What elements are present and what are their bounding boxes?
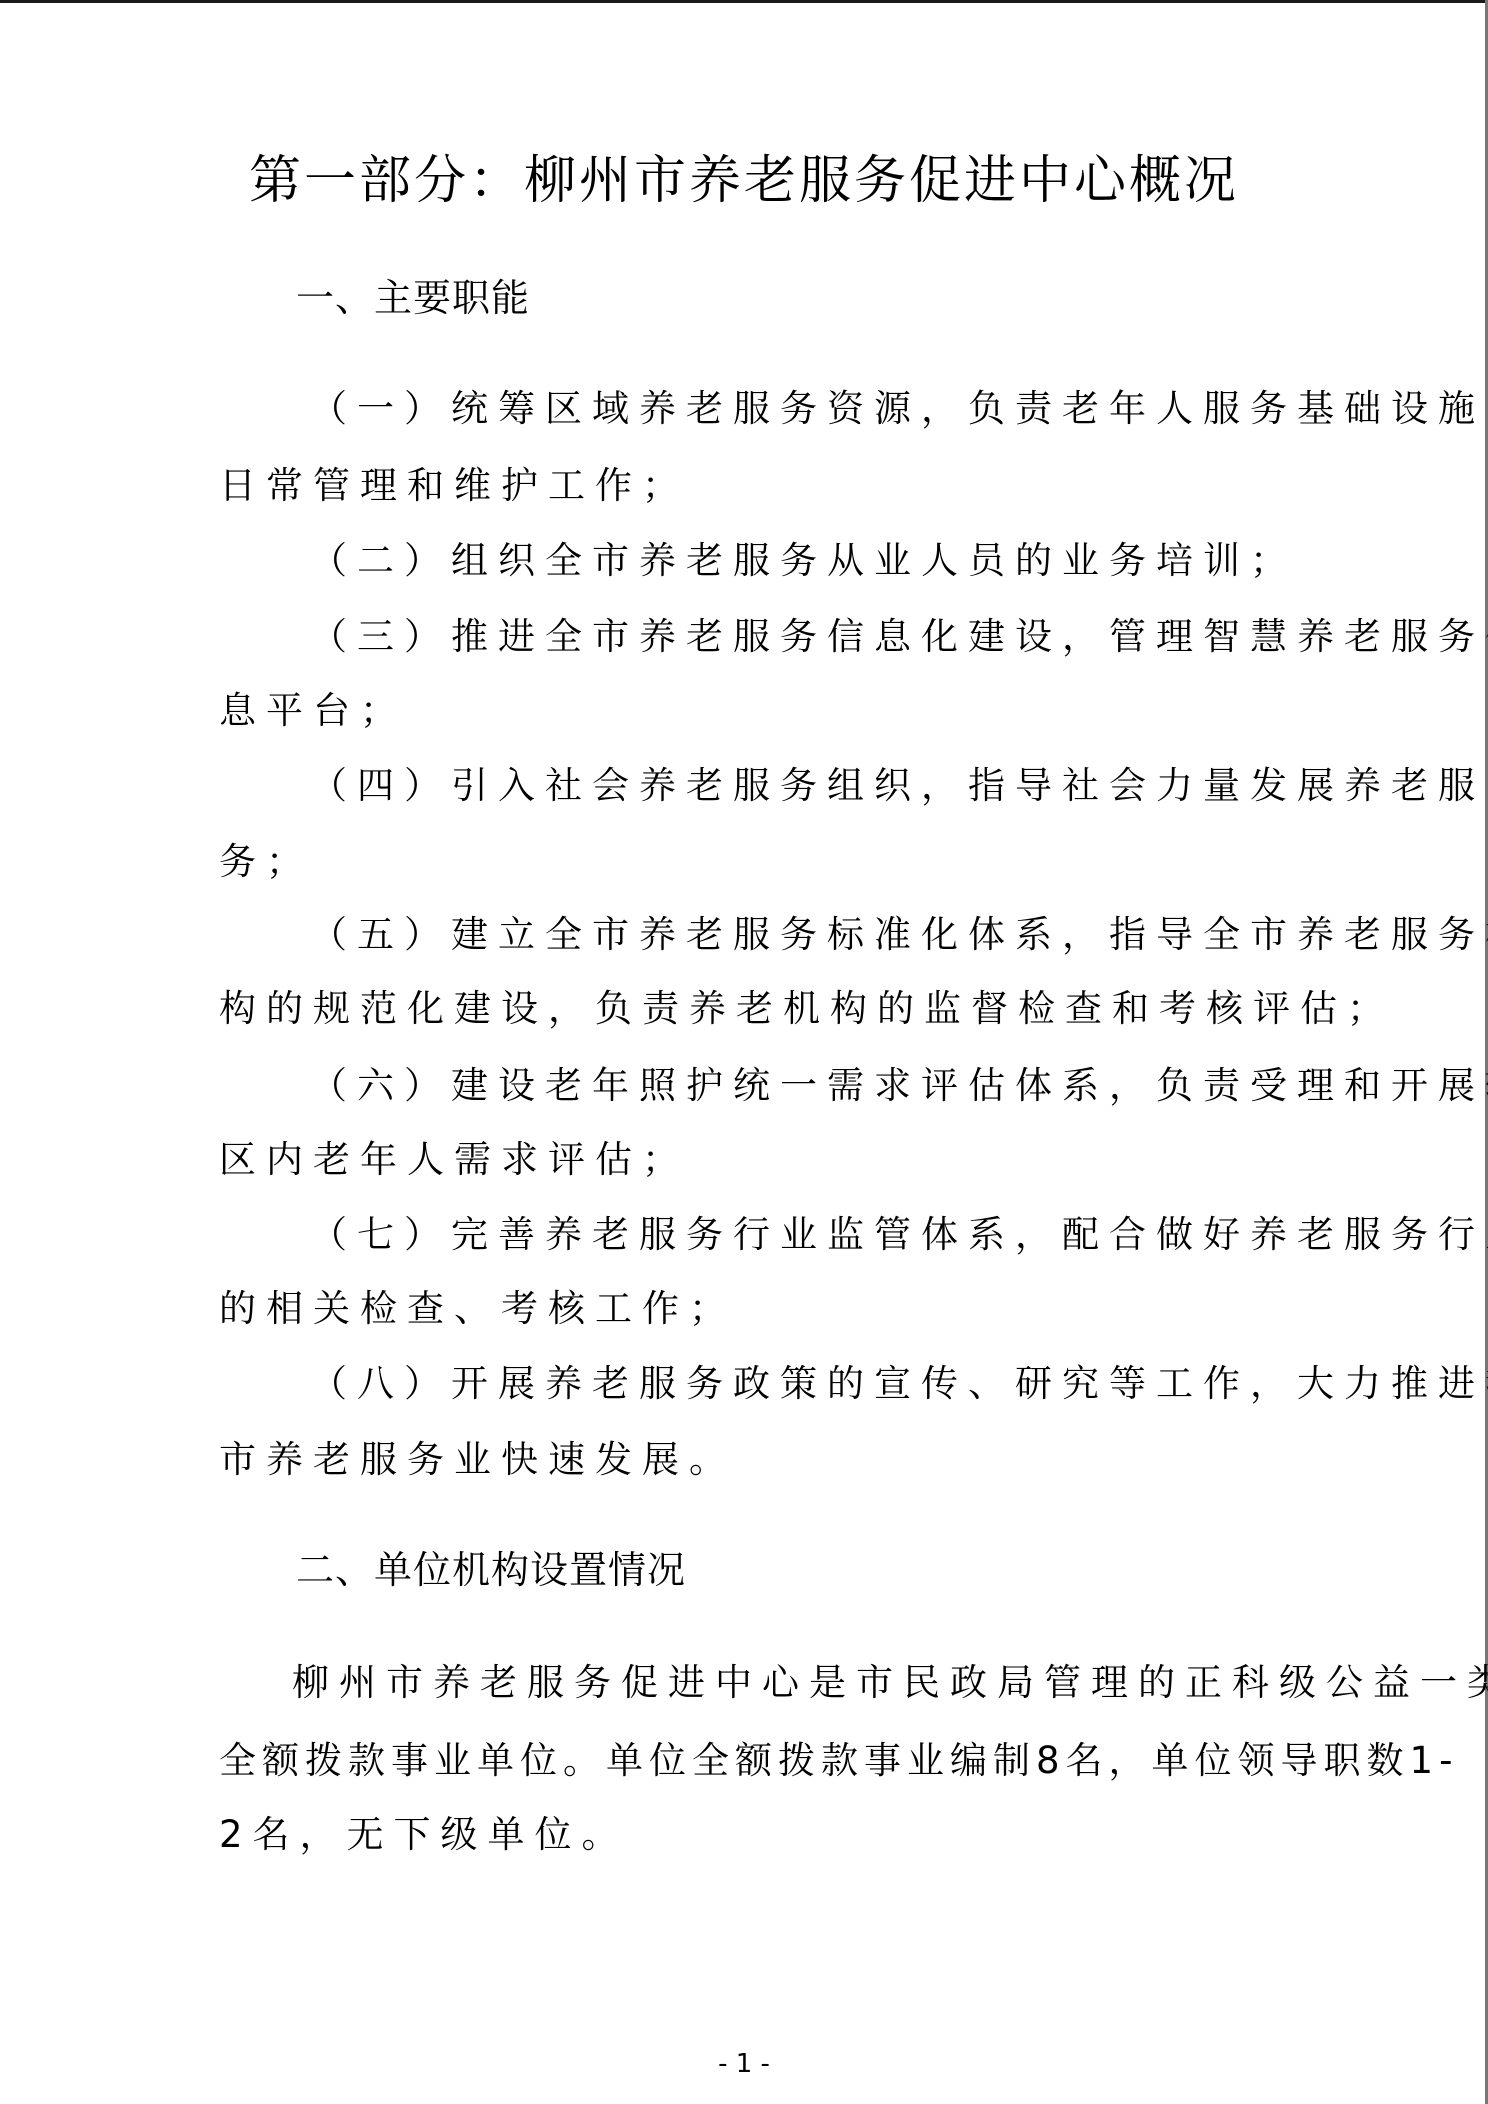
body-line: 柳州市养老服务促进中心是市民政局管理的正科级公益一类 (292, 1658, 1362, 1708)
section-heading-org-setup: 二、单位机构设置情况 (296, 1545, 686, 1595)
body-line: 全额拨款事业单位。单位全额拨款事业编制8名，单位领导职数1- (219, 1736, 1289, 1786)
body-line: （一）统筹区域养老服务资源，负责老年人服务基础设施的 (310, 384, 1380, 434)
section-heading-main-functions: 一、主要职能 (296, 273, 530, 323)
body-line: 的相关检查、考核工作； (219, 1284, 1289, 1334)
body-line: 市养老服务业快速发展。 (219, 1435, 1289, 1485)
body-line: 息平台； (219, 686, 1289, 736)
body-line: （四）引入社会养老服务组织，指导社会力量发展养老服 (310, 761, 1380, 811)
body-line: 务； (219, 837, 1289, 887)
document-page: 第一部分：柳州市养老服务促进中心概况 一、主要职能 （一）统筹区域养老服务资源，… (0, 0, 1488, 2104)
body-line: （六）建设老年照护统一需求评估体系，负责受理和开展辖 (310, 1061, 1380, 1111)
body-line: 日常管理和维护工作； (219, 461, 1289, 511)
body-line: （八）开展养老服务政策的宣传、研究等工作，大力推进我 (310, 1359, 1380, 1409)
body-line: 区内老年人需求评估； (219, 1135, 1289, 1185)
page-number: - 1 - (0, 2048, 1488, 2080)
document-title: 第一部分：柳州市养老服务促进中心概况 (0, 148, 1488, 214)
body-line: （二）组织全市养老服务从业人员的业务培训； (310, 536, 1380, 586)
body-line: （五）建立全市养老服务标准化体系，指导全市养老服务机 (310, 910, 1380, 960)
body-line: 2名，无下级单位。 (219, 1810, 1289, 1860)
body-line: 构的规范化建设，负责养老机构的监督检查和考核评估； (219, 984, 1289, 1034)
body-line: （三）推进全市养老服务信息化建设，管理智慧养老服务信 (310, 612, 1380, 662)
body-line: （七）完善养老服务行业监管体系，配合做好养老服务行业 (310, 1210, 1380, 1260)
